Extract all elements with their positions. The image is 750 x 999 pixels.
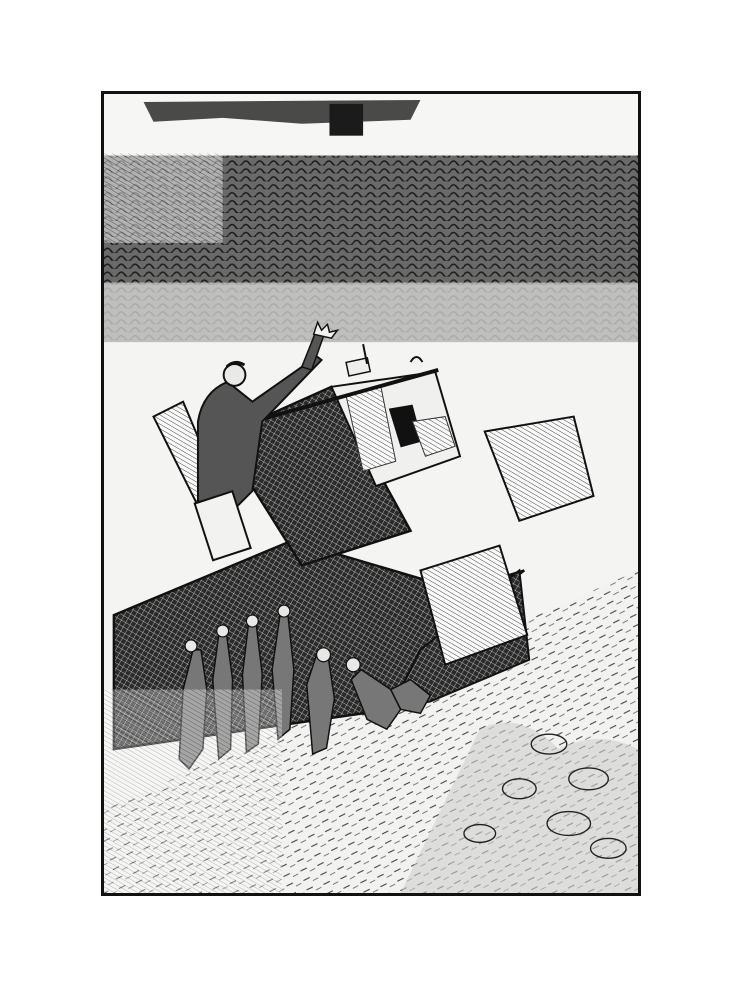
illustration-frame (101, 91, 641, 896)
illustration (104, 94, 638, 893)
